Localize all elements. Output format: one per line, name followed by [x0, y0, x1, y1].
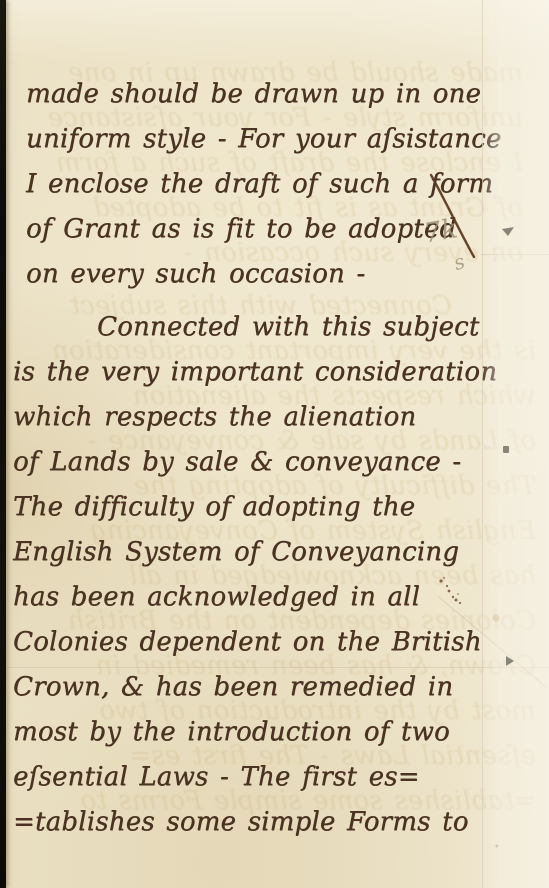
- manuscript-line: Connected with this subject: [97, 312, 479, 342]
- manuscript-line: of Lands by sale & conveyance -: [13, 447, 461, 477]
- paragraph: Connected with this subjectis the very i…: [0, 305, 549, 845]
- manuscript-line: Crown, & has been remedied in: [13, 672, 453, 702]
- manuscript-line: Colonies dependent on the British: [13, 627, 482, 657]
- manuscript-line: has been acknowledged in all: [13, 582, 420, 612]
- manuscript-line: made should be drawn up in one: [26, 79, 481, 109]
- manuscript-line: eſsential Laws - The first es=: [13, 762, 420, 792]
- manuscript-line: =tablishes some simple Forms to: [13, 807, 469, 837]
- manuscript-line: is the very important consideration: [13, 357, 497, 387]
- paragraph: made should be drawn up in oneuniform st…: [0, 72, 549, 297]
- manuscript-line: uniform style - For your aſsistance: [26, 124, 501, 154]
- manuscript-line: on every such occasion -: [26, 259, 365, 289]
- page-fold-band-right: [482, 0, 549, 888]
- handwriting-layer: made should be drawn up in oneuniform st…: [0, 72, 549, 845]
- manuscript-line: which respects the alienation: [13, 402, 416, 432]
- manuscript-line: The difficulty of adopting the: [13, 492, 415, 522]
- scan-edge-left: [0, 0, 6, 888]
- manuscript-line: most by the introduction of two: [13, 717, 450, 747]
- manuscript-page: made should be drawn up in oneuniform st…: [0, 0, 549, 888]
- manuscript-line: I enclose the draft of such a form: [26, 169, 493, 199]
- manuscript-line: of Grant as is fit to be adopted: [26, 214, 456, 244]
- manuscript-line: English System of Conveyancing: [13, 537, 459, 567]
- fold-crease-horizontal: [0, 667, 549, 669]
